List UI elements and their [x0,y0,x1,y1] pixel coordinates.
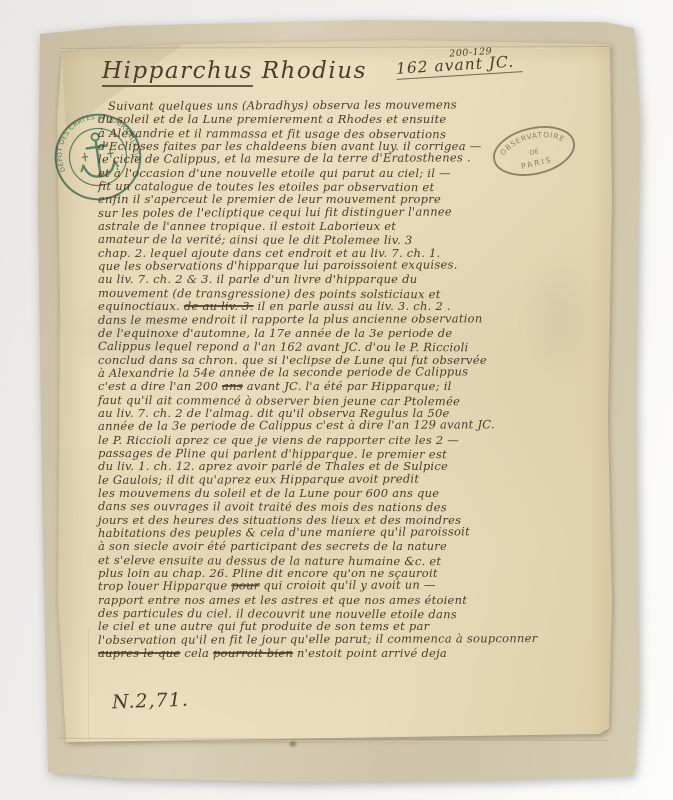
manuscript-line: le Gaulois; il dit qu'aprez eux Hipparqu… [98,472,580,487]
manuscript-line: année de la 3e periode de Calippus c'est… [98,418,580,433]
manuscript-line: dans le mesme endroit il rapporte la plu… [98,311,580,326]
manuscript-line: à son siecle avoir été participant des s… [98,540,580,553]
manuscript-line: fit un catalogue de toutes les etoiles p… [98,180,580,195]
shelfmark-note: N.2,71. [112,689,190,714]
line-text: sur les poles de l'ecliptique cequi lui … [98,204,452,220]
line-text: de l'equinoxe d'automne, la 17e année de… [98,326,452,340]
line-text: année de la 3e periode de Calippus c'est… [98,418,495,434]
struck-text: ans [222,379,243,393]
manuscript-line: trop louer Hipparque pour qui croioit qu… [98,578,580,593]
scan-background: Hipparchus Rhodius 200-129 162 avant JC.… [0,0,673,800]
line-text: le P. Riccioli aprez ce que je viens de … [98,433,459,447]
line-text: des particules du ciel. il decouvrit une… [98,606,457,621]
manuscript-line: le cicle de Calippus, et la mesure de la… [98,151,580,166]
manuscript-line: faut qu'il ait commencé à observer bien … [98,394,580,409]
line-text: avant JC. l'a été par Hipparque; il [243,379,452,393]
line-text: les mouvemens du soleil et de la Lune po… [98,486,439,500]
manuscript-line: au liv. 7. ch. 2 & 3. il parle d'un livr… [98,273,580,286]
line-text: Calippus lequel repond a l'an 162 avant … [98,339,469,354]
line-text: passages de Pline qui parlent d'hipparqu… [98,446,447,461]
struck-text: de au liv. 3. [184,299,254,313]
manuscript-line: du soleil et de la Lune premierement a R… [98,113,580,126]
manuscript-body: Suivant quelques uns (Abradhys) observa … [98,100,580,660]
manuscript-line: des particules du ciel. il decouvrit une… [98,607,580,622]
manuscript-line: amateur de la verité; ainsi que le dit P… [98,233,580,248]
line-text: fit un catalogue de toutes les etoiles p… [98,179,434,194]
line-text: habitations des peuples & cela d'une man… [98,524,470,540]
struck-text: aupres le que [98,646,180,660]
manuscript-line: Suivant quelques uns (Abradhys) observa … [98,98,580,113]
manuscript-line: et à l'occasion d'une nouvelle etoile qu… [98,167,580,180]
page-title: Hipparchus Rhodius [102,56,367,86]
line-text: faut qu'il ait commencé à observer bien … [98,393,460,408]
line-text: trop louer Hipparque [98,579,231,594]
title-word: Rhodius [262,58,367,84]
line-text: Suivant quelques uns (Abradhys) observa … [108,97,457,113]
manuscript-line: passages de Pline qui parlent d'hipparqu… [98,447,580,462]
line-text: qui croioit qu'il y avoit un — [259,578,435,593]
line-text: au liv. 7. ch. 2 & 3. il parle d'un livr… [98,272,417,286]
ink-spot [288,740,298,748]
line-text: astrale de l'annee tropique. il estoit L… [98,219,396,233]
line-text: l'observation qu'il en fit le jour qu'el… [98,631,537,647]
line-text: n'estoit point arrivé deja [293,646,447,660]
manuscript-line: dans ses ouvrages il avoit traité des mo… [98,500,580,515]
line-text: le Gaulois; il dit qu'aprez eux Hipparqu… [98,471,419,486]
line-text: c'est a dire l'an 200 [98,379,222,393]
struck-text: pour [231,579,259,593]
line-text: du soleil et de la Lune premierement a R… [98,112,446,126]
line-text: dans le mesme endroit il rapporte la plu… [98,311,483,327]
struck-text: pourroit bien [213,646,293,660]
line-text: à Alexandrie la 54e année de la seconde … [98,364,468,380]
manuscript-line: rapport entre nos ames et les astres et … [98,594,580,607]
manuscript-line: sur les poles de l'ecliptique cequi lui … [98,205,580,220]
line-text: à Alexandrie et il rammassa et fit usage… [98,126,446,141]
manuscript-line: habitations des peuples & cela d'une man… [98,525,580,540]
line-text: mouvement (de transgressione) des points… [98,286,441,301]
line-text: que les observations d'hipparque lui par… [98,258,458,274]
manuscript-line: aupres le que cela pourroit bien n'estoi… [98,647,580,660]
manuscript-line: l'observation qu'il en fit le jour qu'el… [98,632,580,647]
manuscript-line: Calippus lequel repond a l'an 162 avant … [98,340,580,355]
line-text: equinoctiaux. [98,299,184,313]
manuscript-line: c'est a dire l'an 200 ans avant JC. l'a … [98,380,580,393]
manuscript-line: que les observations d'hipparque lui par… [98,258,580,273]
line-text: à son siecle avoir été participant des s… [98,539,447,553]
line-text: dans ses ouvrages il avoit traité des mo… [98,499,447,514]
manuscript-line: à Alexandrie et il rammassa et fit usage… [98,127,580,142]
manuscript-line: mouvement (de transgressione) des points… [98,287,580,302]
line-text: rapport entre nos ames et les astres et … [98,593,467,607]
manuscript-line: le P. Riccioli aprez ce que je viens de … [98,434,580,447]
manuscript-line: à Alexandrie la 54e année de la seconde … [98,365,580,380]
line-text: et s'eleve ensuite au dessus de la natur… [98,553,441,568]
manuscript-line: et s'eleve ensuite au dessus de la natur… [98,554,580,569]
manuscript-line: de l'equinoxe d'automne, la 17e année de… [98,327,580,340]
line-text: et à l'occasion d'une nouvelle etoile qu… [98,166,451,180]
title-word-underlined: Hipparchus [102,58,253,87]
line-text: le cicle de Calippus, et la mesure de la… [98,151,471,167]
line-text: amateur de la verité; ainsi que le dit P… [98,232,413,247]
line-text: cela [180,646,213,660]
vertical-fold-crease [88,628,90,740]
